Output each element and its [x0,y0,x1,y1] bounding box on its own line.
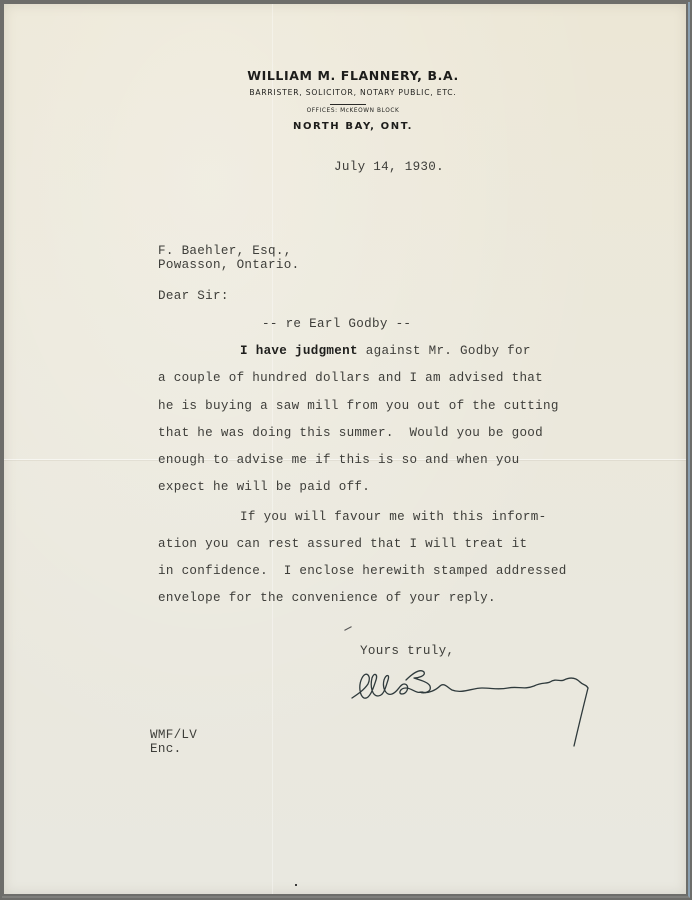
body-p1-lead: I have judgment [240,344,358,358]
subject-line: -- re Earl Godby -- [262,317,411,331]
recipient-address: Powasson, Ontario. [158,258,299,272]
enclosure-note: Enc. [150,742,181,756]
recipient-name: F. Baehler, Esq., [158,244,292,258]
reference-initials: WMF/LV [150,728,197,742]
body-p1-line6: expect he will be paid off. [158,480,370,494]
body-p1-line4: that he was doing this summer. Would you… [158,426,543,440]
body-p2-line2: ation you can rest assured that I will t… [158,537,527,551]
letterhead-divider [330,104,366,105]
letterhead-city: NORTH BAY, ONT. [12,121,692,132]
letter-date: July 14, 1930. [334,160,444,174]
closing: Yours truly, [360,644,454,658]
body-p2-line1: If you will favour me with this inform- [240,510,546,524]
body-p1-line5: enough to advise me if this is so and wh… [158,453,519,467]
paper-speck [295,884,297,886]
letterhead-title: BARRISTER, SOLICITOR, NOTARY PUBLIC, ETC… [12,88,692,97]
letterhead-offices: OFFICES: McKEOWN BLOCK [12,108,692,114]
fold-line-vertical [272,4,273,894]
body-p2-line4: envelope for the convenience of your rep… [158,591,496,605]
body-p1-line2: a couple of hundred dollars and I am adv… [158,371,543,385]
salutation: Dear Sir: [158,289,229,303]
body-p2-line3: in confidence. I enclose herewith stampe… [158,564,567,578]
letter-paper: WILLIAM M. FLANNERY, B.A. BARRISTER, SOL… [4,4,686,894]
stray-pen-mark [344,626,352,631]
body-p1-line3: he is buying a saw mill from you out of … [158,399,559,413]
body-p1-line1: I have judgment against Mr. Godby for [240,344,531,358]
body-p1-line1-rest: against Mr. Godby for [358,344,531,358]
scan-frame: WILLIAM M. FLANNERY, B.A. BARRISTER, SOL… [2,2,690,898]
letterhead-name: WILLIAM M. FLANNERY, B.A. [12,68,692,83]
signature-icon [348,664,608,754]
